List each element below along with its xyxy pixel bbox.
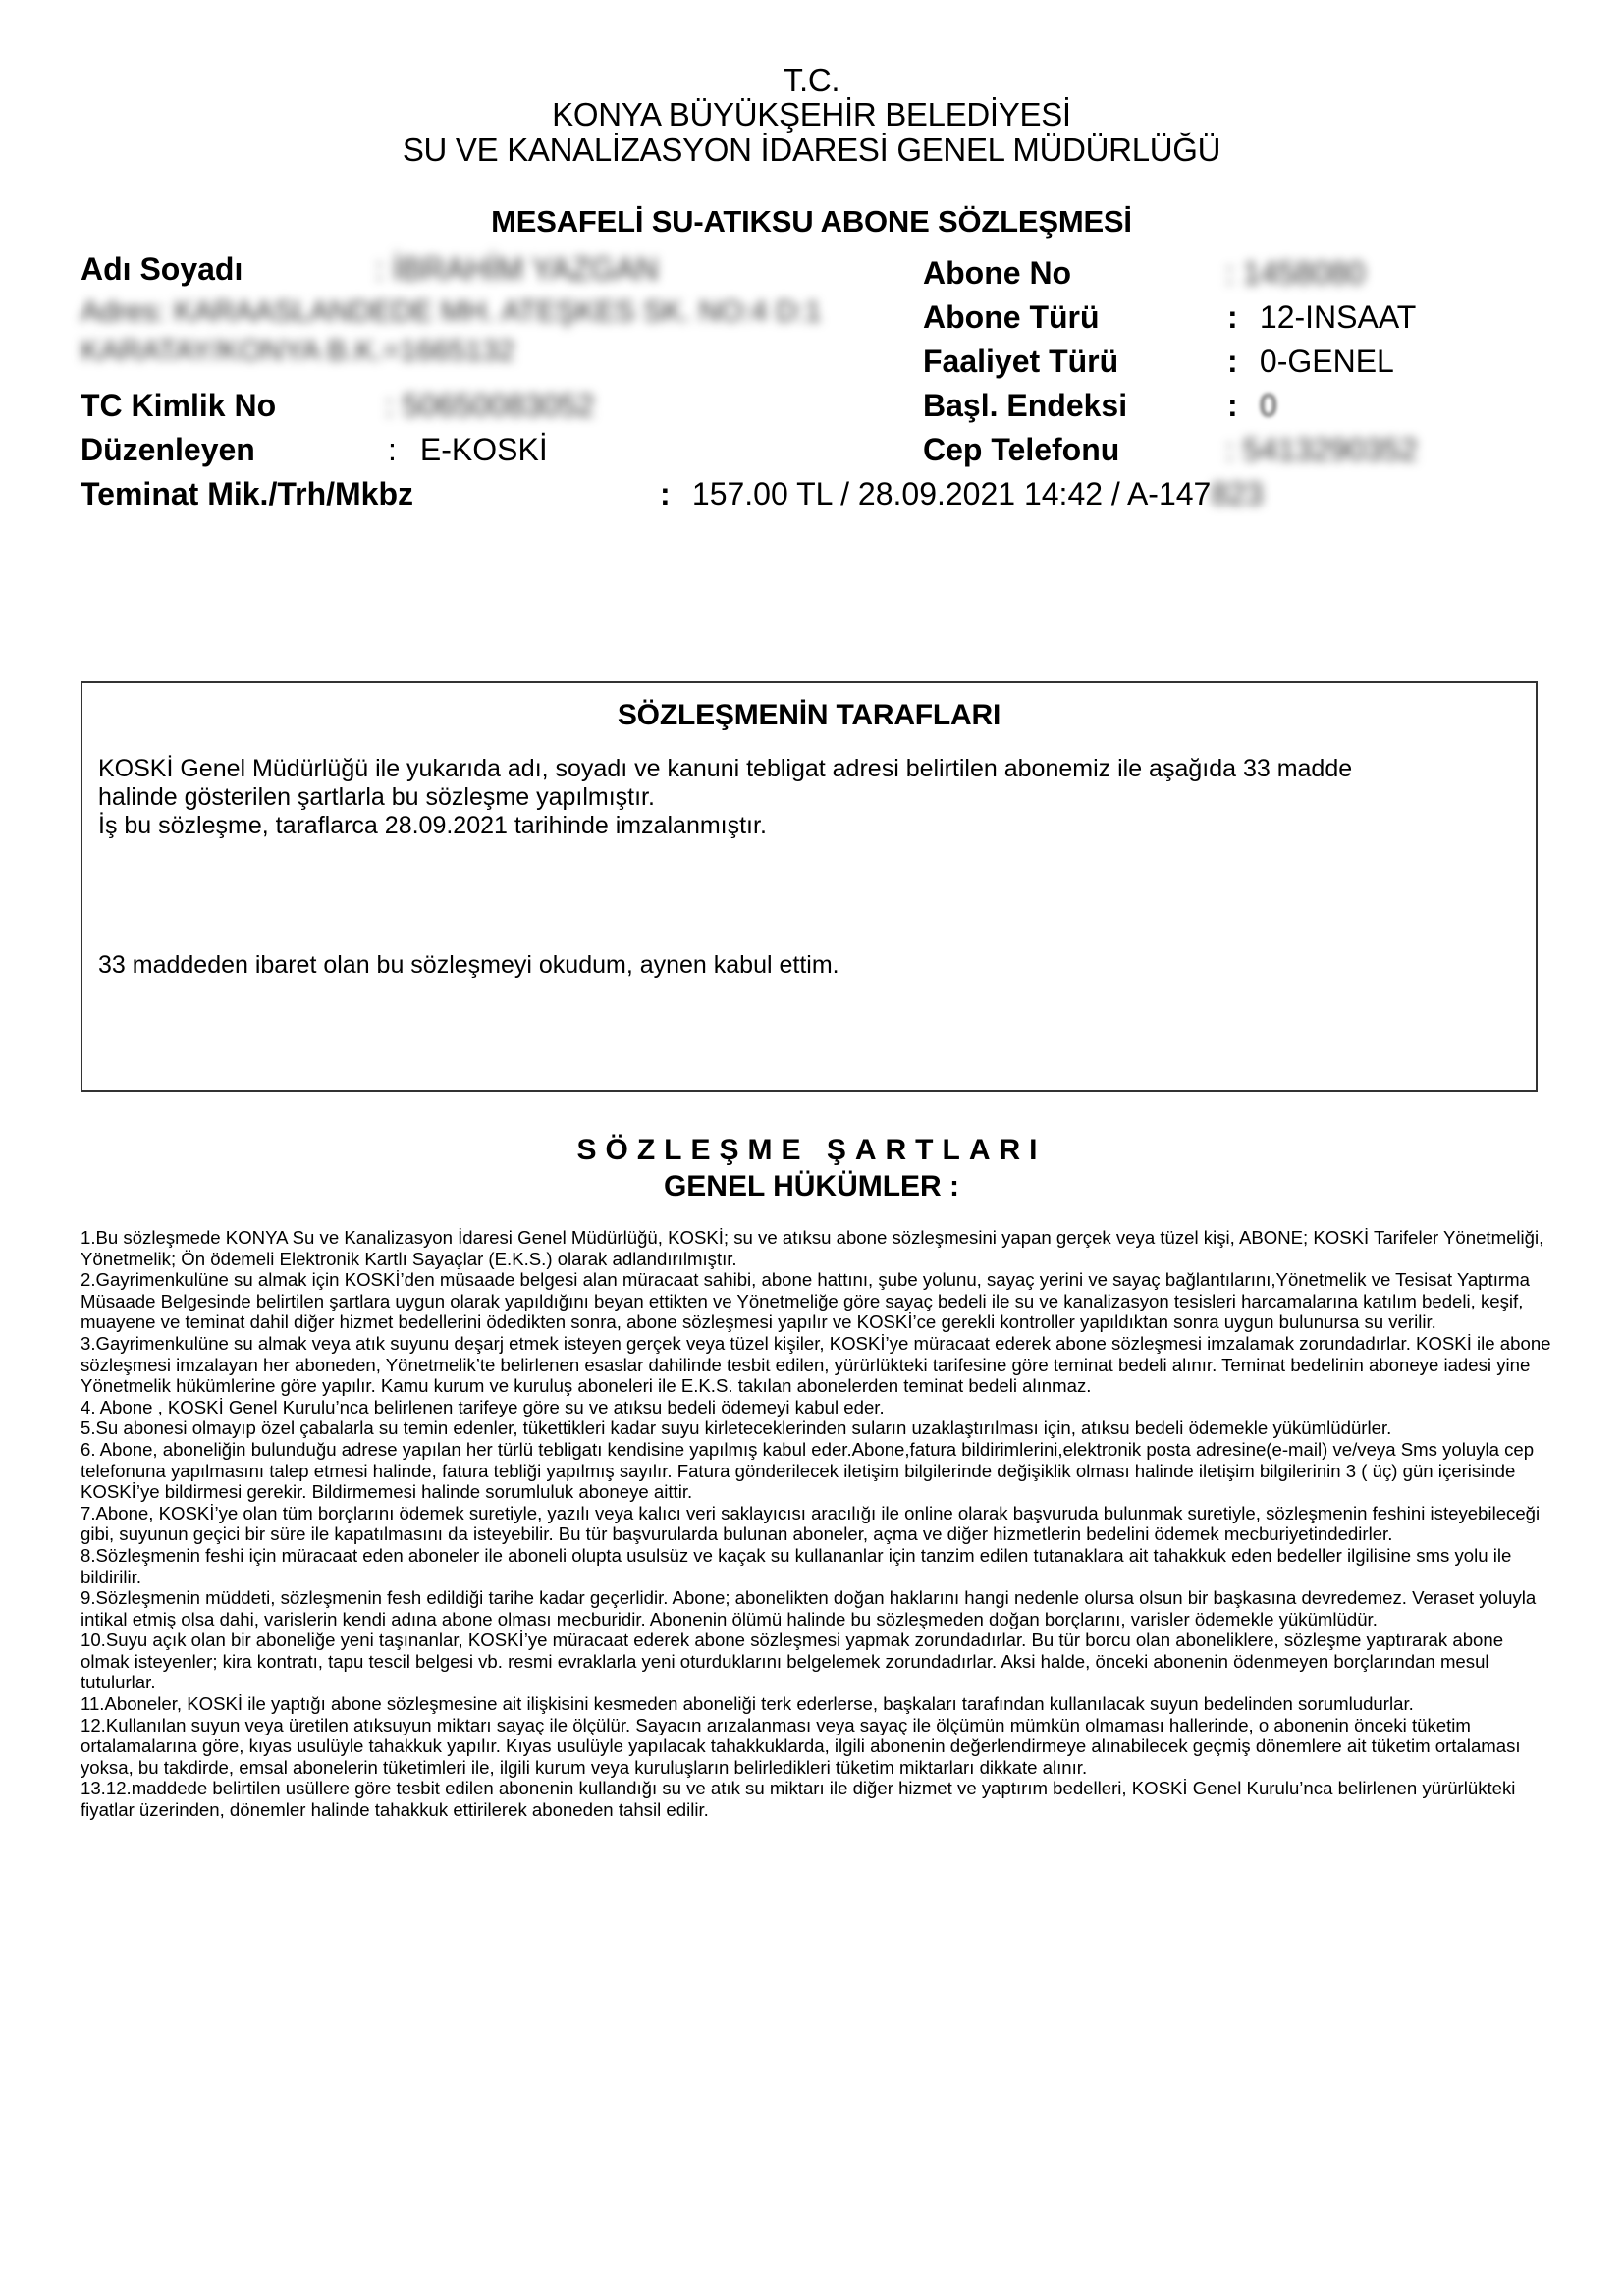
- term-item: 7.Abone, KOSKİ’ye olan tüm borçlarını öd…: [81, 1503, 1553, 1545]
- name-label: Adı Soyadı: [81, 251, 243, 287]
- terms-subtitle: GENEL HÜKÜMLER :: [0, 1170, 1623, 1203]
- endeks-row: : 0: [1227, 386, 1277, 425]
- abone-no-value: : 1458080: [1225, 253, 1365, 293]
- endeks-colon: :: [1227, 386, 1251, 425]
- abone-turu-label: Abone Türü: [923, 297, 1100, 337]
- faaliyet-row: : 0-GENEL: [1227, 342, 1394, 381]
- parties-line-3: İş bu sözleşme, taraflarca 28.09.2021 ta…: [98, 812, 1520, 840]
- term-item: 1.Bu sözleşmede KONYA Su ve Kanalizasyon…: [81, 1227, 1553, 1269]
- parties-line-2: halinde gösterilen şartlarla bu sözleşme…: [98, 783, 1520, 812]
- header-tc: T.C.: [0, 63, 1623, 98]
- address-line-2: KARATAY/KONYA B.K.=1665132: [81, 332, 514, 371]
- deposit-colon: :: [660, 474, 683, 513]
- faaliyet-value: 0-GENEL: [1260, 344, 1394, 379]
- tc-value: : 50650083052: [385, 386, 595, 425]
- header-municipality: KONYA BÜYÜKŞEHİR BELEDİYESİ: [0, 97, 1623, 133]
- deposit-label: Teminat Mik./Trh/Mkbz: [81, 474, 413, 513]
- deposit-value: 157.00 TL / 28.09.2021 14:42 / A-147: [692, 476, 1211, 511]
- deposit-value-blurred: 823: [1211, 476, 1263, 511]
- faaliyet-colon: :: [1227, 342, 1251, 381]
- abone-turu-value: 12-INSAAT: [1260, 299, 1416, 335]
- document-title: MESAFELİ SU-ATIKSU ABONE SÖZLEŞMESİ: [0, 204, 1623, 240]
- acceptance-statement: 33 maddeden ibaret olan bu sözleşmeyi ok…: [98, 951, 1520, 980]
- term-item: 3.Gayrimenkulüne su almak veya atık suyu…: [81, 1333, 1553, 1397]
- name-row: Adı Soyadı: [81, 249, 243, 289]
- deposit-value-row: : 157.00 TL / 28.09.2021 14:42 / A-14782…: [660, 474, 1264, 513]
- term-item: 9.Sözleşmenin müddeti, sözleşmenin fesh …: [81, 1587, 1553, 1629]
- term-item: 2.Gayrimenkulüne su almak için KOSKİ’den…: [81, 1269, 1553, 1333]
- address-line-1: Adres: KARAASLANDEDE MH. ATEŞKES SK. NO:…: [81, 293, 822, 332]
- phone-label: Cep Telefonu: [923, 430, 1119, 469]
- parties-box: SÖZLEŞMENİN TARAFLARI KOSKİ Genel Müdürl…: [81, 681, 1538, 1092]
- parties-paragraph: KOSKİ Genel Müdürlüğü ile yukarıda adı, …: [98, 755, 1520, 840]
- term-item: 10.Suyu açık olan bir aboneliğe yeni taş…: [81, 1629, 1553, 1693]
- parties-line-1: KOSKİ Genel Müdürlüğü ile yukarıda adı, …: [98, 755, 1520, 783]
- term-item: 12.Kullanılan suyun veya üretilen atıksu…: [81, 1715, 1553, 1779]
- term-item: 13.12.maddede belirtilen usüllere göre t…: [81, 1778, 1553, 1820]
- faaliyet-label: Faaliyet Türü: [923, 342, 1118, 381]
- abone-turu-row: : 12-INSAAT: [1227, 297, 1416, 337]
- parties-title: SÖZLEŞMENİN TARAFLARI: [82, 699, 1536, 732]
- header-directorate: SU VE KANALİZASYON İDARESİ GENEL MÜDÜRLÜ…: [0, 133, 1623, 168]
- term-item: 8.Sözleşmenin feshi için müracaat eden a…: [81, 1545, 1553, 1587]
- issuer-label: Düzenleyen: [81, 430, 255, 469]
- issuer-colon: :: [388, 430, 411, 469]
- term-item: 5.Su abonesi olmayıp özel çabalarla su t…: [81, 1417, 1553, 1439]
- issuer-value-row: : E-KOSKİ: [388, 430, 548, 469]
- endeks-value: 0: [1260, 388, 1277, 423]
- term-item: 11.Aboneler, KOSKİ ile yaptığı abone söz…: [81, 1693, 1553, 1715]
- abone-turu-colon: :: [1227, 297, 1251, 337]
- phone-value: : 5413290352: [1225, 430, 1418, 469]
- issuer-value: E-KOSKİ: [420, 432, 548, 467]
- name-value: : İBRAHİM YAZGAN: [375, 249, 659, 289]
- term-item: 6. Abone, aboneliğin bulunduğu adrese ya…: [81, 1439, 1553, 1503]
- tc-label: TC Kimlik No: [81, 386, 276, 425]
- abone-no-label: Abone No: [923, 253, 1071, 293]
- endeks-label: Başl. Endeksi: [923, 386, 1127, 425]
- terms-list: 1.Bu sözleşmede KONYA Su ve Kanalizasyon…: [81, 1227, 1553, 1821]
- term-item: 4. Abone , KOSKİ Genel Kurulu’nca belirl…: [81, 1397, 1553, 1418]
- terms-title: SÖZLEŞME ŞARTLARI: [0, 1134, 1623, 1167]
